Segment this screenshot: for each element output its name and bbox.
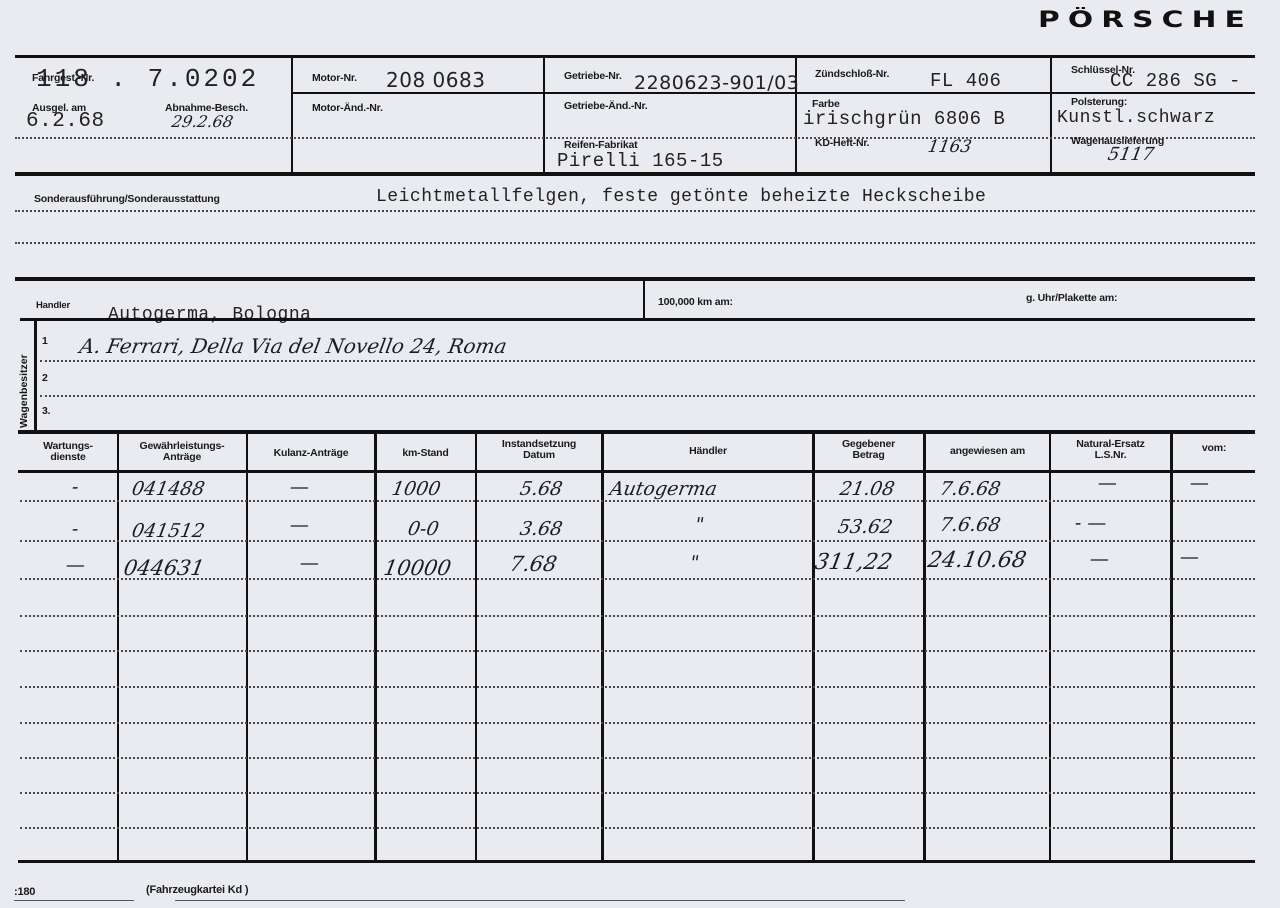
col-line-5 bbox=[601, 434, 604, 860]
header-bottom-border bbox=[15, 172, 1255, 176]
row-1-haendler: Autogerma bbox=[608, 478, 719, 500]
km-100000-label: 100,000 km am: bbox=[658, 296, 733, 308]
row-2-kulanz: — bbox=[288, 514, 311, 536]
row-3-wartung: — bbox=[64, 554, 87, 576]
abnahme-value: 29.2.68 bbox=[170, 112, 234, 131]
footer-line-left bbox=[14, 900, 134, 901]
row-1-wartung: - bbox=[70, 476, 80, 498]
dealer-label: Handler bbox=[36, 300, 70, 311]
owners-side-label: Wagenbesitzer bbox=[18, 354, 30, 428]
row-2-natural: - — bbox=[1073, 512, 1108, 534]
col-header-datum: Instandsetzung Datum bbox=[477, 439, 601, 461]
row-1-kulanz: — bbox=[288, 476, 311, 498]
header-mid-line-2 bbox=[292, 92, 544, 94]
row-line-2 bbox=[20, 540, 1255, 542]
row-3-haendler: " bbox=[688, 552, 701, 574]
motor-label: Motor-Nr. bbox=[312, 72, 357, 84]
table-top-border bbox=[18, 430, 1255, 434]
ausgeliefert-value: 6.2.68 bbox=[26, 110, 105, 133]
col-header-angewiesen: angewiesen am bbox=[926, 446, 1049, 457]
getriebe-label: Getriebe-Nr. bbox=[564, 70, 622, 82]
owner-2-num: 2 bbox=[42, 372, 48, 384]
dealer-value: Autogerma, Bologna bbox=[108, 305, 311, 325]
row-line-5 bbox=[20, 650, 1255, 652]
owner-2-line bbox=[40, 395, 1255, 397]
sonder-value: Leichtmetallfelgen, feste getönte beheiz… bbox=[376, 187, 986, 207]
porsche-logo: PÖRSCHE bbox=[1038, 8, 1253, 33]
row-1-gewaehr: 041488 bbox=[130, 478, 206, 500]
table-header-border bbox=[18, 470, 1255, 473]
header-mid-line-5 bbox=[1051, 92, 1255, 94]
zuendschloss-value: FL 406 bbox=[930, 70, 1001, 92]
col-header-kulanz: Kulanz-Anträge bbox=[248, 448, 374, 459]
row-2-haendler: " bbox=[693, 514, 706, 536]
row-line-1 bbox=[20, 500, 1255, 502]
reifen-value: Pirelli 165-15 bbox=[557, 150, 724, 172]
sonder-label: Sonderausführung/Sonderausstattung bbox=[34, 193, 220, 205]
kd-heft-label: KD-Heft-Nr. bbox=[815, 137, 869, 149]
sonder-dotted-line-1 bbox=[15, 210, 1255, 212]
sonder-dotted-line-2 bbox=[15, 242, 1255, 244]
col-line-6 bbox=[812, 434, 815, 860]
row-2-gewaehr: 041512 bbox=[130, 520, 206, 542]
row-2-wartung: - bbox=[70, 518, 80, 540]
col-header-wartung: Wartungs- dienste bbox=[22, 441, 114, 463]
col-line-1 bbox=[117, 434, 119, 860]
col-header-betrag: Gegebener Betrag bbox=[814, 439, 923, 461]
form-name: (Fahrzeugkartei Kd ) bbox=[146, 884, 248, 896]
row-1-datum: 5.68 bbox=[518, 478, 564, 500]
col-header-natural: Natural-Ersatz L.S.Nr. bbox=[1051, 439, 1170, 461]
row-3-angewiesen: 24.10.68 bbox=[926, 548, 1028, 573]
header-divider-1 bbox=[291, 56, 293, 174]
col-line-8 bbox=[1049, 434, 1051, 860]
getriebe-value: 2280623-901/03 bbox=[634, 72, 799, 94]
row-3-kulanz: — bbox=[298, 552, 321, 574]
kd-heft-value: 1163 bbox=[926, 137, 973, 157]
row-1-angewiesen: 7.6.68 bbox=[938, 478, 1002, 500]
row-line-8 bbox=[20, 757, 1255, 759]
row-1-natural: — bbox=[1096, 472, 1119, 494]
uhr-plakette-label: g. Uhr/Plakette am: bbox=[1026, 292, 1117, 304]
col-header-haendler: Händler bbox=[604, 446, 812, 457]
row-1-betrag: 21.08 bbox=[838, 478, 896, 500]
header-top-border bbox=[15, 55, 1255, 58]
polsterung-label: Polsterung: bbox=[1071, 96, 1127, 108]
row-line-9 bbox=[20, 792, 1255, 794]
row-1-km: 1000 bbox=[390, 478, 442, 500]
row-2-betrag: 53.62 bbox=[836, 516, 894, 538]
row-2-datum: 3.68 bbox=[518, 518, 564, 540]
zuendschloss-label: Zündschloß-Nr. bbox=[815, 68, 889, 80]
owner-3-num: 3. bbox=[42, 405, 50, 417]
owner-1-line bbox=[40, 360, 1255, 362]
col-header-gewaehr: Gewährleistungs- Anträge bbox=[119, 441, 245, 463]
header-divider-4 bbox=[1050, 56, 1052, 174]
footer-line-mid bbox=[175, 900, 905, 901]
row-line-4 bbox=[20, 615, 1255, 617]
schluessel-value: CC 286 SG - bbox=[1110, 70, 1241, 92]
dealer-bottom-border bbox=[20, 318, 1255, 321]
col-line-9 bbox=[1170, 434, 1173, 860]
motor-aend-label: Motor-Änd.-Nr. bbox=[312, 102, 383, 114]
col-line-4 bbox=[475, 434, 477, 860]
col-line-2 bbox=[246, 434, 248, 860]
row-3-datum: 7.68 bbox=[508, 552, 559, 576]
form-number: :180 bbox=[14, 886, 35, 898]
row-3-gewaehr: 044631 bbox=[122, 556, 206, 580]
row-2-angewiesen: 7.6.68 bbox=[938, 514, 1002, 536]
row-line-3 bbox=[20, 578, 1255, 580]
owner-1-num: 1 bbox=[42, 335, 48, 347]
owner-1-value: A. Ferrari, Della Via del Novello 24, Ro… bbox=[78, 334, 509, 358]
motor-value: 208 0683 bbox=[386, 68, 485, 92]
dealer-divider bbox=[643, 280, 645, 318]
row-3-km: 10000 bbox=[382, 556, 453, 580]
polsterung-value: Kunstl.schwarz bbox=[1057, 108, 1215, 128]
row-line-6 bbox=[20, 686, 1255, 688]
header-divider-2 bbox=[543, 56, 545, 174]
col-line-7 bbox=[923, 434, 926, 860]
farbe-value: irischgrün 6806 B bbox=[803, 108, 1005, 130]
row-3-betrag: 311,22 bbox=[813, 550, 894, 575]
table-bottom-border bbox=[18, 860, 1255, 863]
getriebe-aend-label: Getriebe-Änd.-Nr. bbox=[564, 100, 648, 112]
col-line-3 bbox=[374, 434, 377, 860]
col-header-vom: vom: bbox=[1173, 443, 1255, 454]
wagenauslieferung-value: 5117 bbox=[1106, 144, 1156, 165]
row-3-vom: — bbox=[1178, 546, 1201, 568]
fahrgestell-value: 118 . 7.0202 bbox=[36, 64, 259, 94]
row-line-7 bbox=[20, 722, 1255, 724]
row-2-km: 0-0 bbox=[406, 518, 440, 540]
row-1-vom: — bbox=[1188, 472, 1211, 494]
col-header-km: km-Stand bbox=[376, 448, 475, 459]
dealer-top-border bbox=[15, 277, 1255, 281]
row-line-10 bbox=[20, 827, 1255, 829]
row-3-natural: — bbox=[1088, 548, 1111, 570]
owners-left-border bbox=[34, 320, 37, 432]
header-mid-line-4 bbox=[796, 92, 1050, 94]
